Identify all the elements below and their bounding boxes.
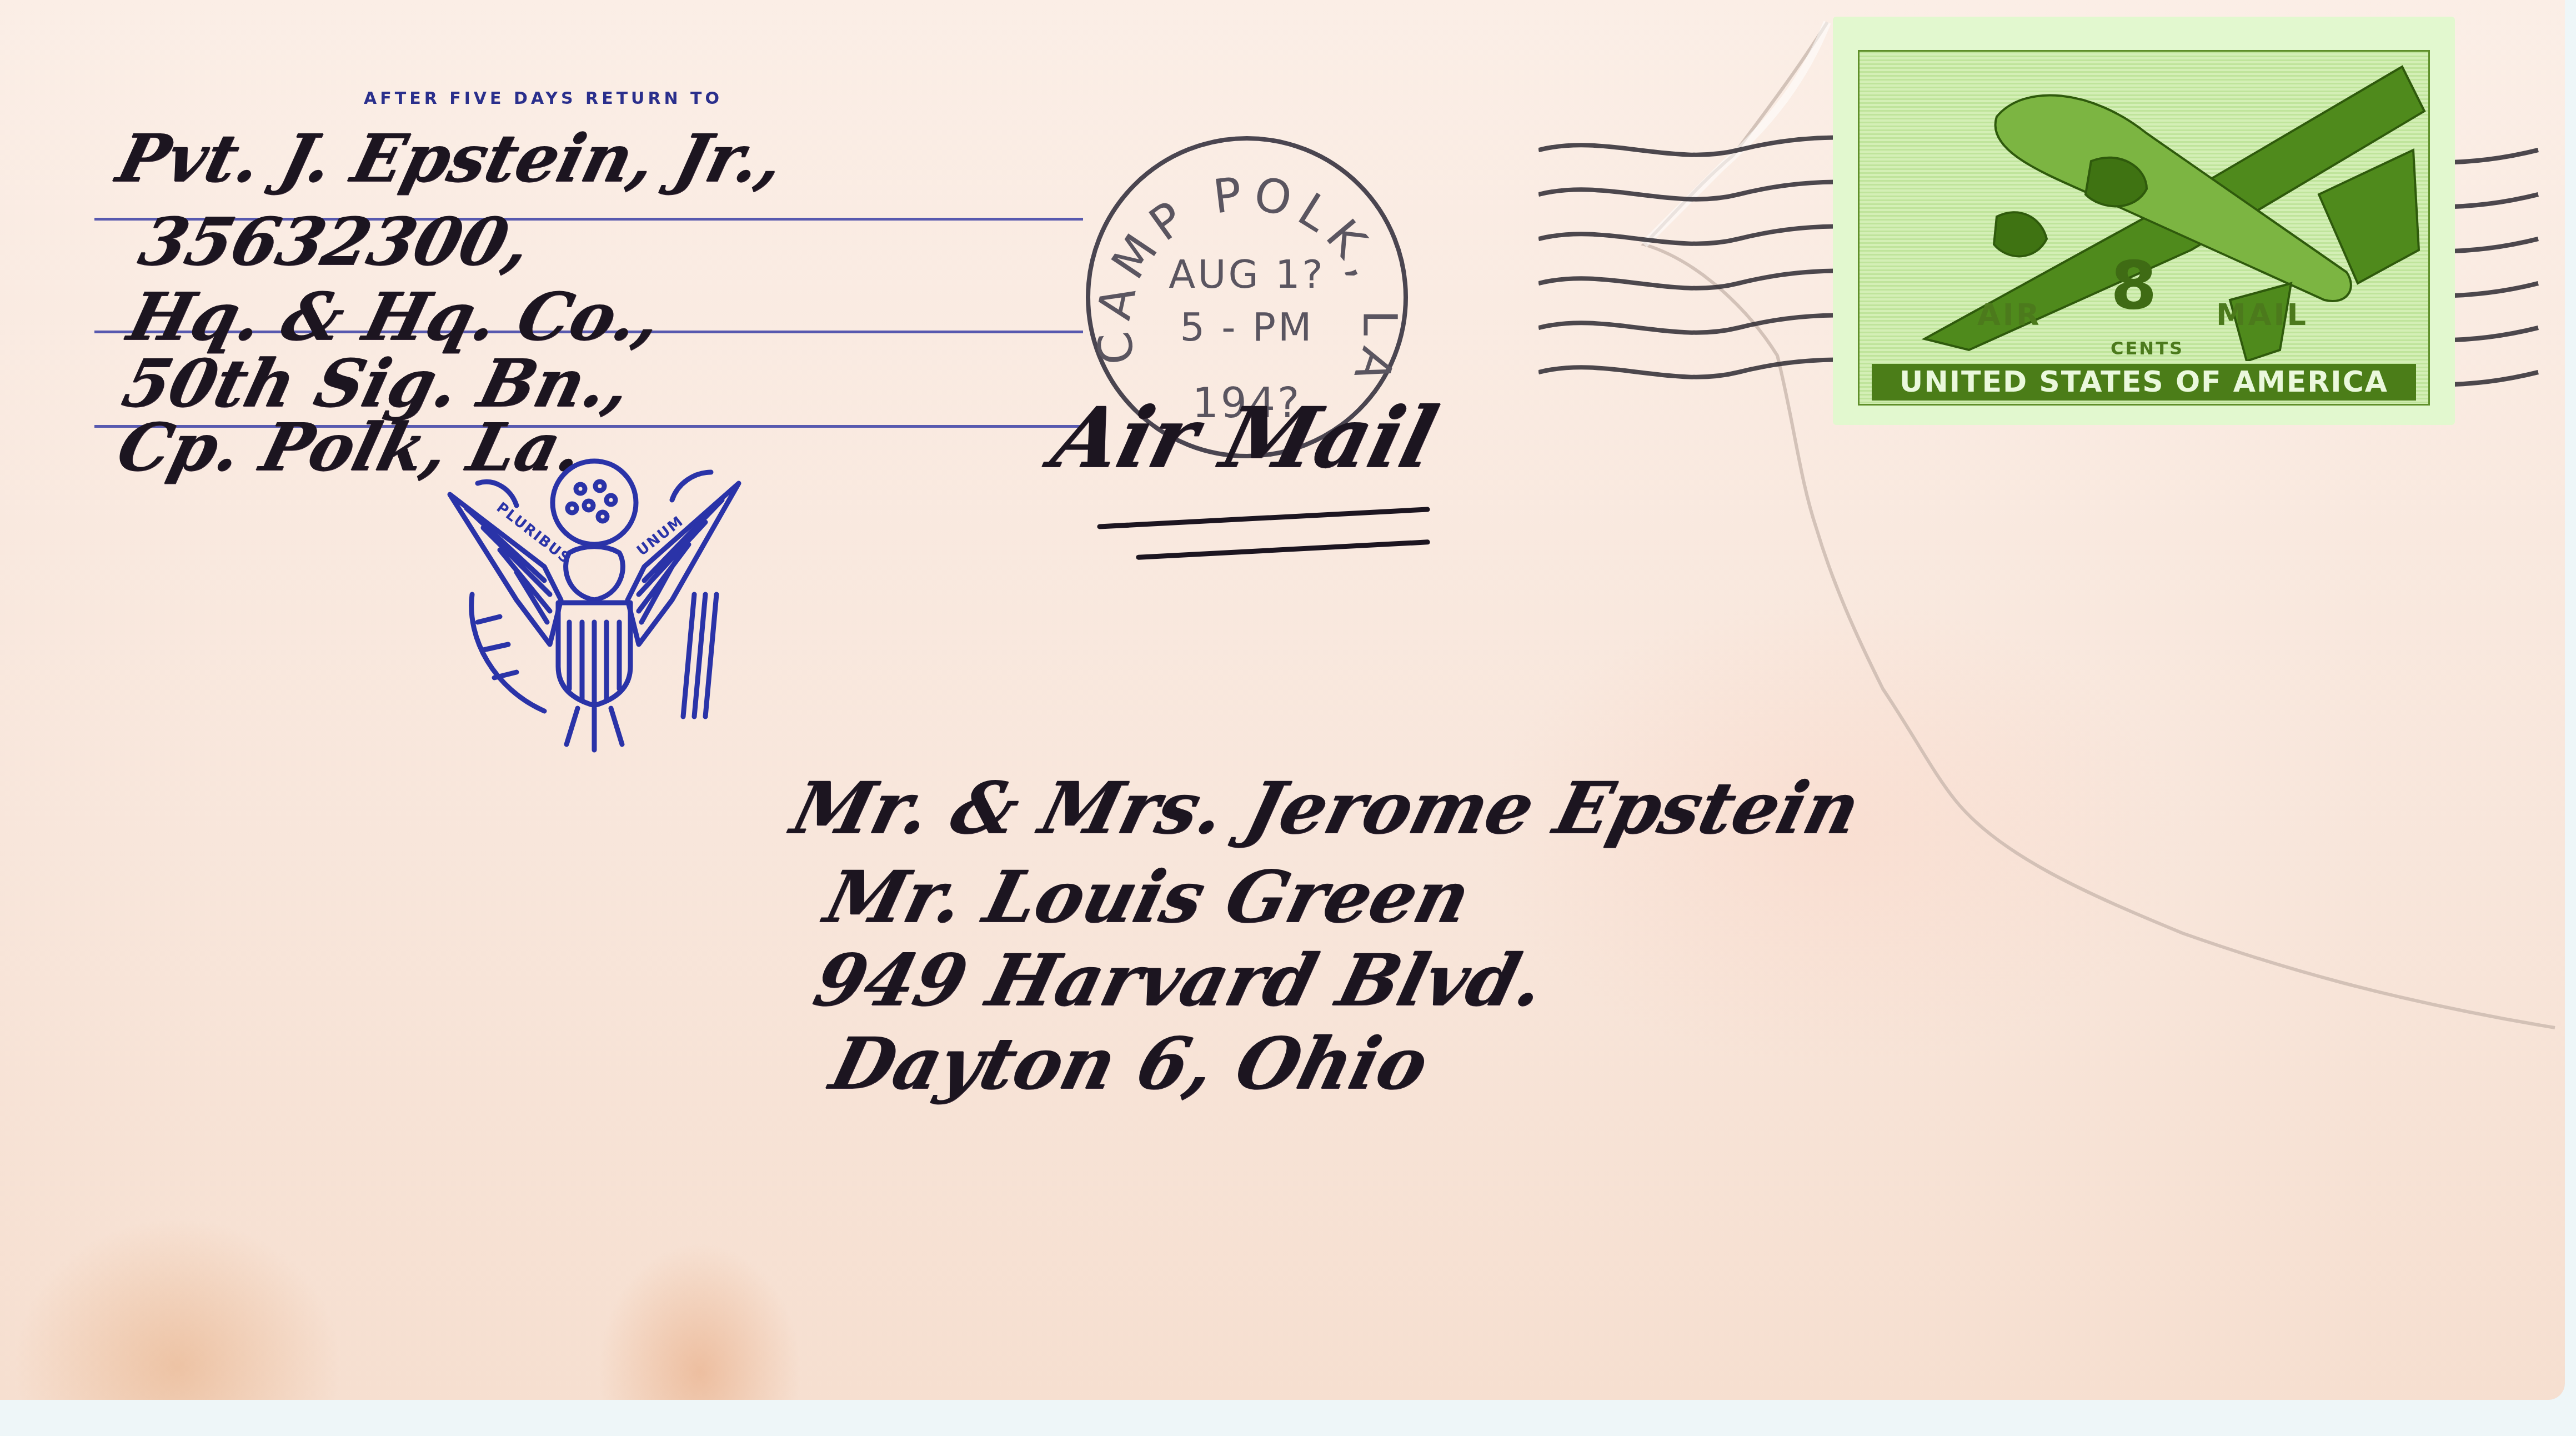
return-address-line: Hq. & Hq. Co., [121, 278, 669, 355]
return-address-line: Pvt. J. Epstein, Jr., [110, 119, 792, 197]
stamp-country: UNITED STATES OF AMERICA [1872, 364, 2416, 401]
recipient-line: Dayton 6, Ohio [823, 1022, 1436, 1105]
postmark-time: 5 - PM [1090, 304, 1404, 350]
air-mail-note: Air Mail [1043, 389, 1446, 487]
recipient-line: 949 Harvard Blvd. [806, 939, 1553, 1022]
postmark-date: AUG 1? [1090, 252, 1404, 297]
return-header: AFTER FIVE DAYS RETURN TO [364, 89, 723, 108]
recipient-line: Mr. Louis Green [817, 855, 1478, 939]
return-address-line: 35632300, [132, 203, 539, 280]
stamp-label-air: AIR [1977, 297, 2041, 332]
stamp-denomination: 8 [2111, 253, 2157, 319]
eagle-seal-icon [433, 456, 755, 767]
stamp-label-mail: MAIL [2216, 297, 2308, 332]
stamp-unit: CENTS [2111, 338, 2184, 359]
recipient-line: Mr. & Mrs. Jerome Epstein [784, 767, 1868, 850]
